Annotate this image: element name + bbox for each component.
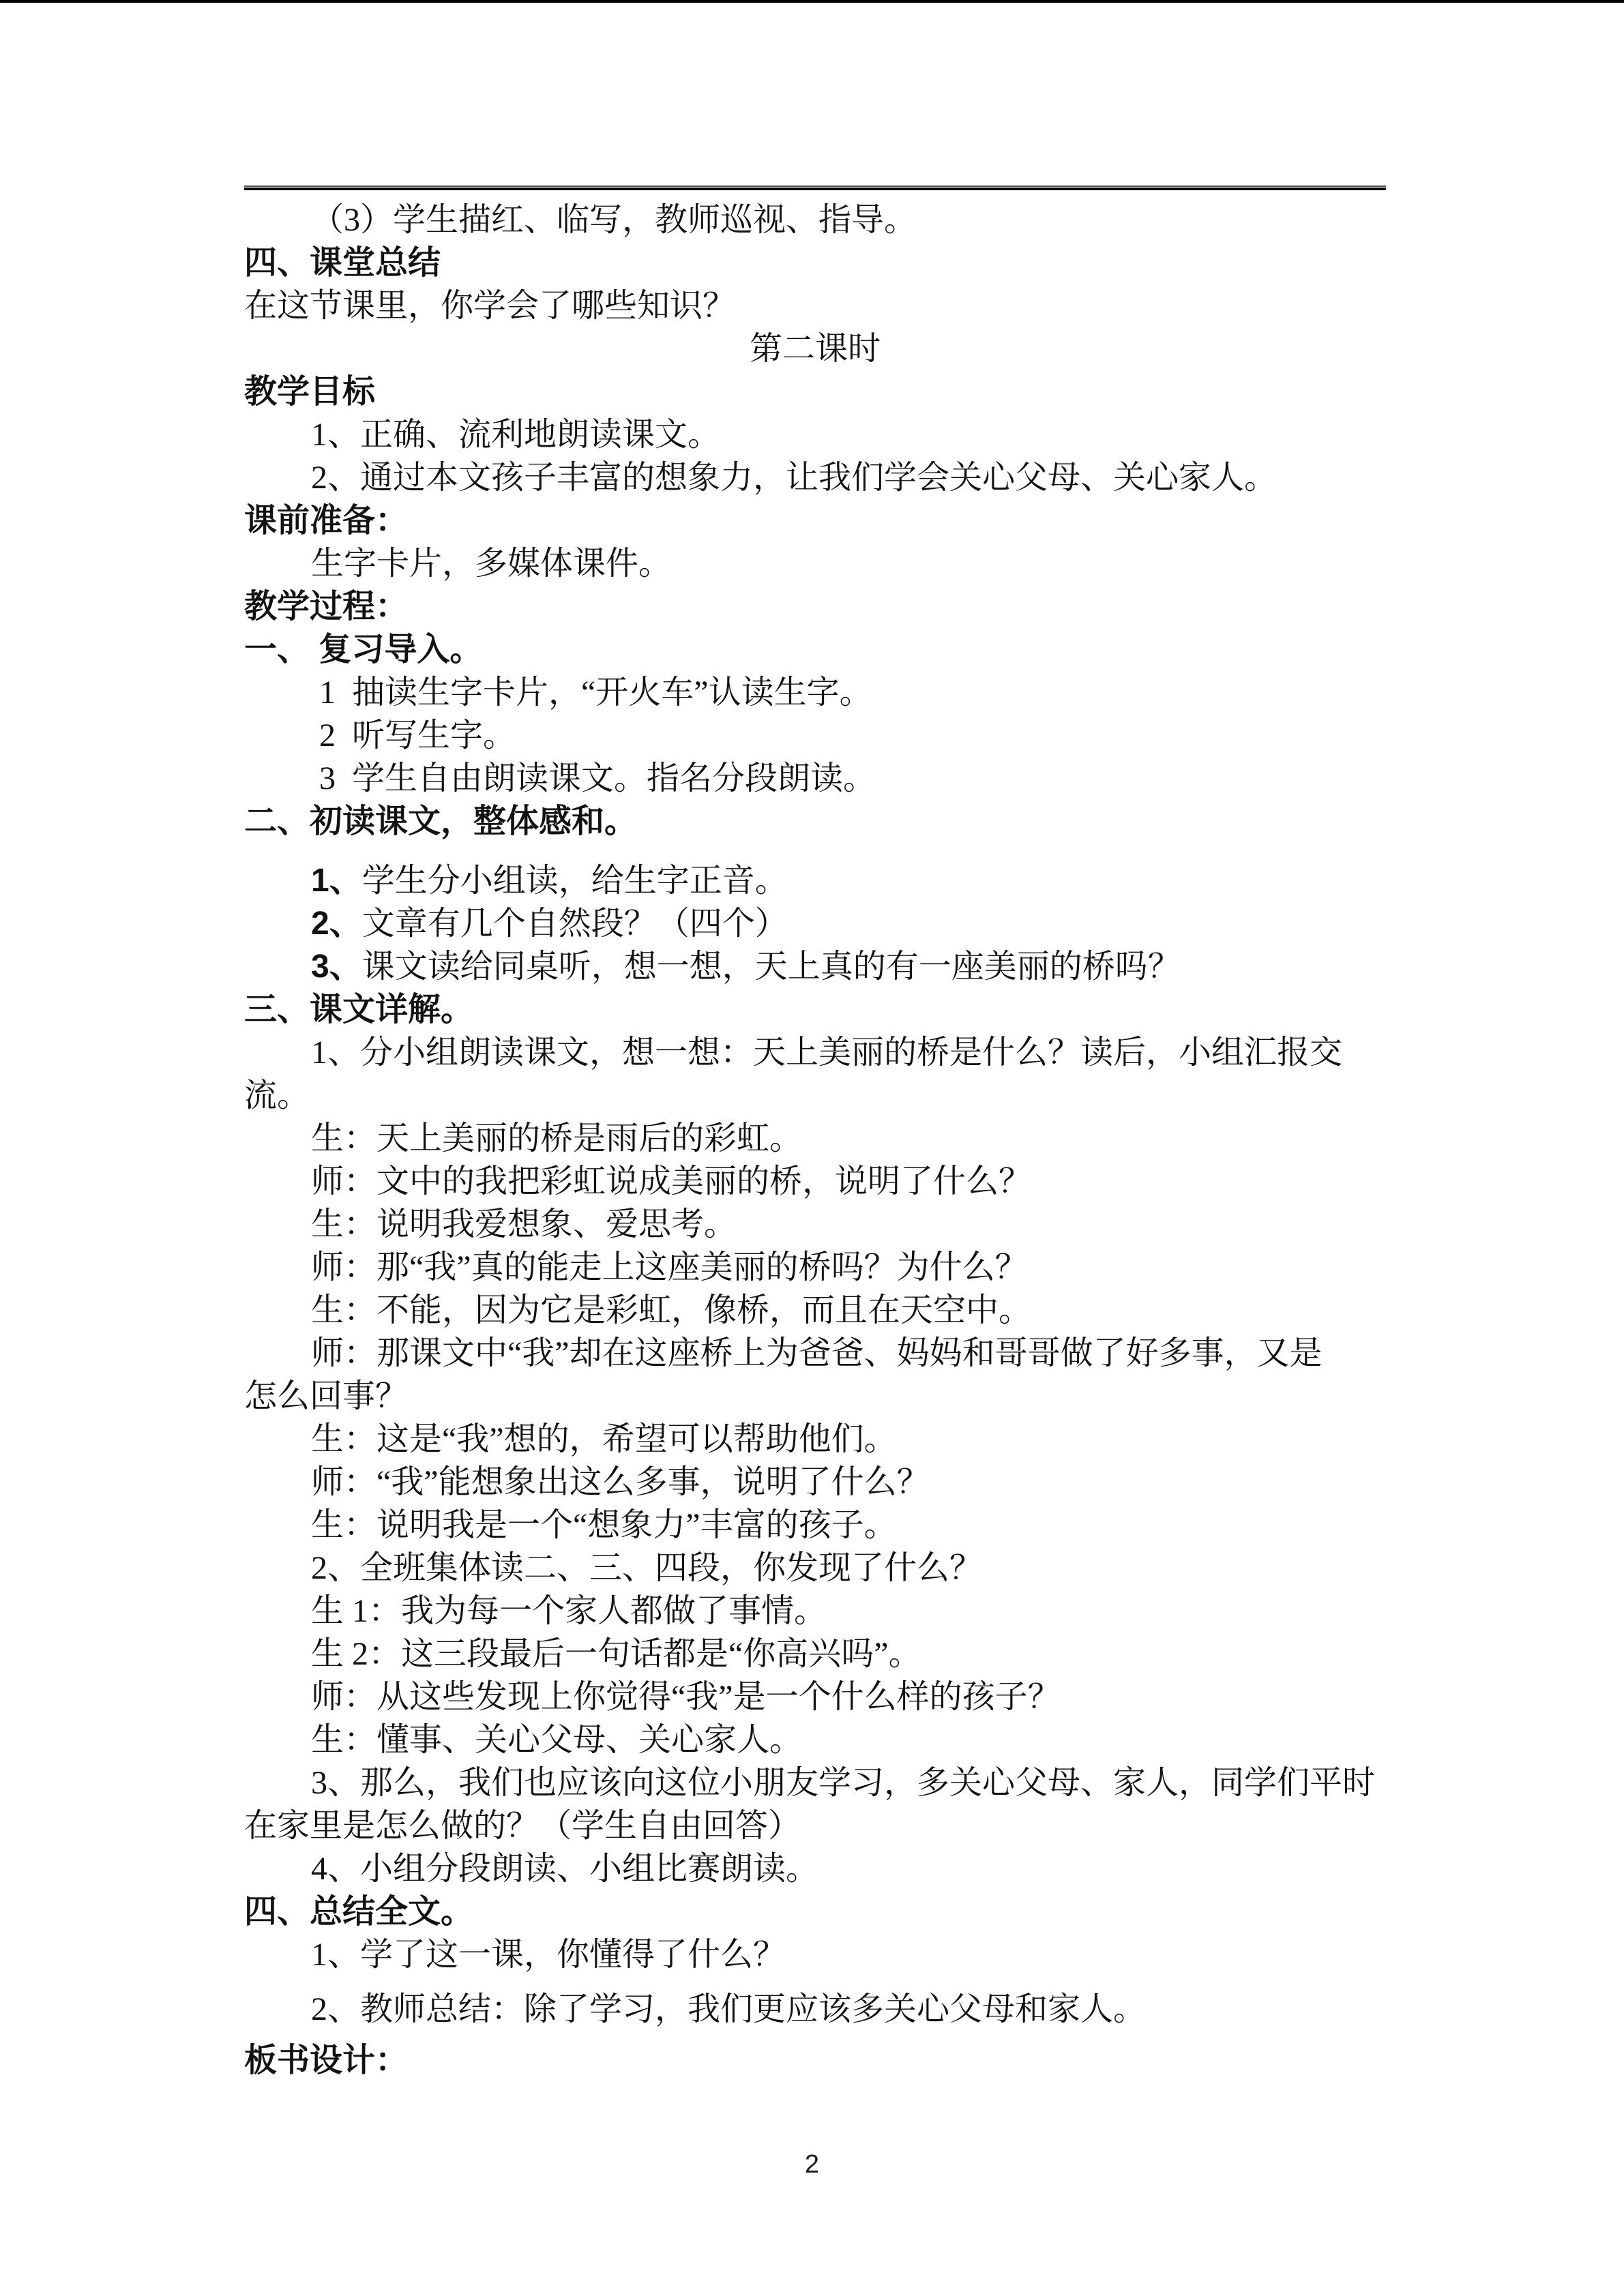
doc-line: 生字卡片，多媒体课件。: [244, 542, 1386, 585]
doc-line: 怎么回事？: [244, 1375, 1386, 1418]
doc-line-text: 2 听写生字。: [319, 717, 516, 754]
doc-line-text: 生：天上美丽的桥是雨后的彩虹。: [311, 1120, 802, 1157]
doc-line: 一、 复习导入。: [244, 628, 1386, 671]
doc-line: 课前准备：: [244, 499, 1386, 542]
doc-line-text: 4、小组分段朗读、小组比赛朗读。: [311, 1851, 818, 1887]
doc-line: 生：说明我是一个“想象力”丰富的孩子。: [244, 1504, 1386, 1547]
doc-line-text: 课文读给同桌听，想一想，天上真的有一座美丽的桥吗？: [362, 949, 1181, 985]
doc-line: 1、学了这一课，你懂得了什么？: [244, 1933, 1386, 1976]
doc-line-text: 2、通过本文孩子丰富的想象力，让我们学会关心父母、关心家人。: [311, 460, 1277, 496]
doc-line-text: 1、正确、流利地朗读课文。: [311, 417, 720, 453]
doc-line-text: 生 1：我为每一个家人都做了事情。: [311, 1593, 827, 1629]
page-number: 2: [0, 2149, 1624, 2179]
doc-line-text: 四、总结全文。: [244, 1894, 473, 1930]
doc-line: 师：“我”能想象出这么多事，说明了什么？: [244, 1461, 1386, 1504]
doc-line: 1、正确、流利地朗读课文。: [244, 413, 1386, 456]
doc-line: 师：那“我”真的能走上这座美丽的桥吗？为什么？: [244, 1246, 1386, 1289]
doc-line: 4、小组分段朗读、小组比赛朗读。: [244, 1847, 1386, 1890]
doc-line: 流。: [244, 1074, 1386, 1117]
doc-line: 1、分小组朗读课文，想一想：天上美丽的桥是什么？读后，小组汇报交: [244, 1031, 1386, 1074]
screen-top-edge: [0, 0, 1624, 3]
doc-line-text: 怎么回事？: [244, 1378, 408, 1414]
doc-line: 生：不能，因为它是彩虹，像桥，而且在天空中。: [244, 1289, 1386, 1332]
doc-line-text: 生 2：这三段最后一句话都是“你高兴吗”。: [311, 1636, 921, 1672]
doc-line: 生：天上美丽的桥是雨后的彩虹。: [244, 1117, 1386, 1160]
doc-line-text: 文章有几个自然段？（四个）: [362, 906, 788, 942]
doc-line: 师：从这些发现上你觉得“我”是一个什么样的孩子？: [244, 1675, 1386, 1718]
doc-line: 教学目标: [244, 370, 1386, 413]
doc-line-number: 3、: [311, 949, 362, 985]
doc-line-text: 三、课文详解。: [244, 992, 473, 1028]
doc-line: 在这节课里，你学会了哪些知识？: [244, 284, 1386, 327]
doc-line: 1、学生分小组读，给生字正音。: [244, 859, 1386, 902]
doc-line-text: 师：从这些发现上你觉得“我”是一个什么样的孩子？: [311, 1679, 1061, 1715]
doc-line-text: 第二课时: [750, 331, 881, 367]
doc-line-text: 四、课堂总结: [244, 245, 441, 281]
doc-line: 三、课文详解。: [244, 988, 1386, 1031]
doc-line: 3、那么，我们也应该向这位小朋友学习，多关心父母、家人，同学们平时: [244, 1761, 1386, 1804]
doc-line-text: 在家里是怎么做的？（学生自由回答）: [244, 1808, 801, 1844]
doc-line-text: 生：这是“我”想的，希望可以帮助他们。: [311, 1421, 897, 1457]
doc-line: （3）学生描红、临写，教师巡视、指导。: [244, 198, 1386, 241]
doc-line: 师：文中的我把彩虹说成美丽的桥，说明了什么？: [244, 1160, 1386, 1203]
doc-line: 3 学生自由朗读课文。指名分段朗读。: [244, 757, 1386, 800]
doc-line-number: 2、: [311, 906, 362, 942]
doc-line-text: 生：说明我是一个“想象力”丰富的孩子。: [311, 1507, 897, 1543]
doc-line-text: 在这节课里，你学会了哪些知识？: [244, 288, 735, 324]
doc-line-text: 师：那课文中“我”却在这座桥上为爸爸、妈妈和哥哥做了好多事，又是: [311, 1335, 1323, 1371]
doc-line: 生 1：我为每一个家人都做了事情。: [244, 1590, 1386, 1632]
doc-line-text: 师：那“我”真的能走上这座美丽的桥吗？为什么？: [311, 1249, 1028, 1285]
doc-line: 生 2：这三段最后一句话都是“你高兴吗”。: [244, 1632, 1386, 1675]
doc-line-text: 二、初读课文，整体感和。: [244, 803, 637, 839]
doc-line: 2、全班集体读二、三、四段，你发现了什么？: [244, 1547, 1386, 1590]
doc-line-text: 生：说明我爱想象、爱思考。: [311, 1206, 737, 1242]
doc-line-text: 生：懂事、关心父母、关心家人。: [311, 1722, 802, 1758]
doc-line-text: 生字卡片，多媒体课件。: [311, 546, 671, 582]
doc-line: 2 听写生字。: [244, 714, 1386, 757]
doc-line-text: 生：不能，因为它是彩虹，像桥，而且在天空中。: [311, 1292, 1031, 1328]
doc-line-text: 课前准备：: [244, 503, 408, 539]
doc-line: 师：那课文中“我”却在这座桥上为爸爸、妈妈和哥哥做了好多事，又是: [244, 1332, 1386, 1375]
doc-line: 四、总结全文。: [244, 1890, 1386, 1933]
doc-line: 第二课时: [244, 327, 1386, 370]
doc-line-text: 1 抽读生字卡片，“开火车”认读生字。: [319, 674, 872, 711]
doc-line-text: 教学目标: [244, 374, 375, 410]
doc-line: 生：这是“我”想的，希望可以帮助他们。: [244, 1418, 1386, 1461]
document-page: { "document": { "page_number": "2", "lin…: [0, 0, 1624, 2296]
header-rule: [244, 185, 1386, 190]
doc-line-text: 流。: [244, 1077, 310, 1114]
doc-line: 四、课堂总结: [244, 241, 1386, 284]
doc-line-number: 1、: [311, 863, 362, 899]
doc-line-text: （3）学生描红、临写，教师巡视、指导。: [311, 202, 917, 238]
doc-line-text: 师：文中的我把彩虹说成美丽的桥，说明了什么？: [311, 1163, 1031, 1199]
doc-line: 板书设计：: [244, 2039, 1386, 2082]
document-body: （3）学生描红、临写，教师巡视、指导。四、课堂总结在这节课里，你学会了哪些知识？…: [244, 198, 1386, 2082]
doc-line: 生：说明我爱想象、爱思考。: [244, 1203, 1386, 1246]
doc-line: 生：懂事、关心父母、关心家人。: [244, 1718, 1386, 1761]
doc-line-text: 1、分小组朗读课文，想一想：天上美丽的桥是什么？读后，小组汇报交: [311, 1034, 1342, 1071]
doc-line-text: 师：“我”能想象出这么多事，说明了什么？: [311, 1464, 930, 1500]
doc-line: 在家里是怎么做的？（学生自由回答）: [244, 1804, 1386, 1847]
doc-line-text: 1、学了这一课，你懂得了什么？: [311, 1937, 786, 1973]
doc-line: 1 抽读生字卡片，“开火车”认读生字。: [244, 671, 1386, 714]
doc-line: 3、课文读给同桌听，想一想，天上真的有一座美丽的桥吗？: [244, 945, 1386, 988]
doc-line: 二、初读课文，整体感和。: [244, 800, 1386, 843]
doc-line-text: 教学过程：: [244, 588, 408, 625]
doc-line-text: 学生分小组读，给生字正音。: [362, 863, 788, 899]
doc-line: 2、通过本文孩子丰富的想象力，让我们学会关心父母、关心家人。: [244, 456, 1386, 499]
doc-line-text: 2、全班集体读二、三、四段，你发现了什么？: [311, 1550, 982, 1586]
document-content: （3）学生描红、临写，教师巡视、指导。四、课堂总结在这节课里，你学会了哪些知识？…: [244, 185, 1386, 2082]
doc-line: 2、文章有几个自然段？（四个）: [244, 902, 1386, 945]
doc-line: 教学过程：: [244, 585, 1386, 628]
doc-line-text: 2、教师总结：除了学习，我们更应该多关心父母和家人。: [311, 1991, 1146, 2027]
doc-line-text: 一、 复习导入。: [244, 631, 482, 668]
doc-line-text: 3、那么，我们也应该向这位小朋友学习，多关心父母、家人，同学们平时: [311, 1765, 1375, 1801]
doc-line-text: 3 学生自由朗读课文。指名分段朗读。: [319, 760, 876, 796]
doc-line-text: 板书设计：: [244, 2042, 408, 2078]
doc-line: 2、教师总结：除了学习，我们更应该多关心父母和家人。: [244, 1988, 1386, 2031]
